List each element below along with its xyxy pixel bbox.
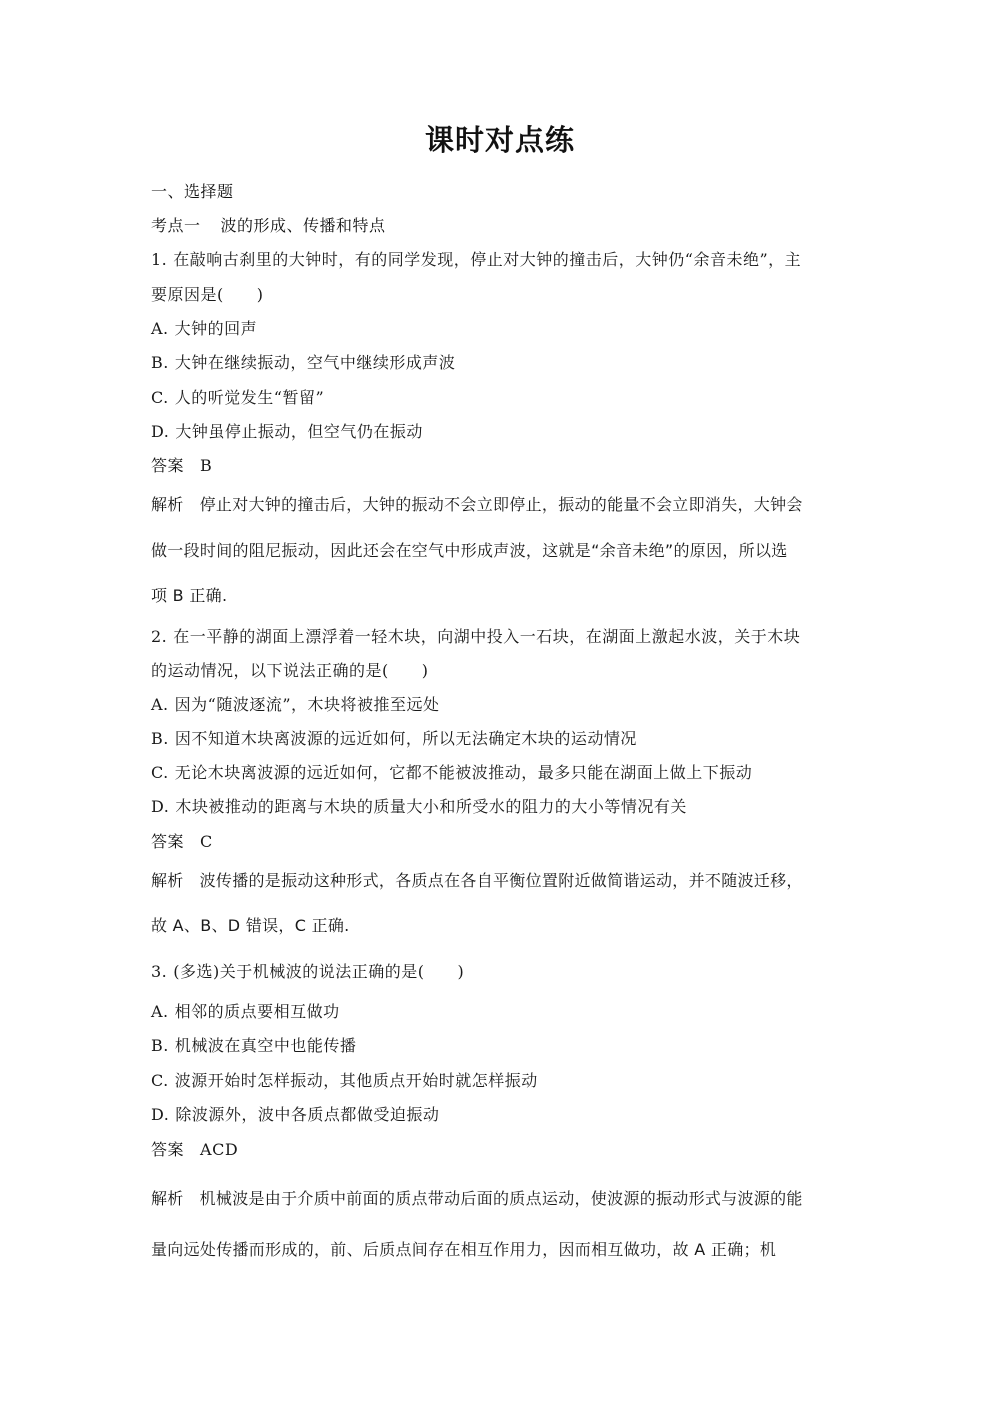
question-3-option-a: A.相邻的质点要相互做功 <box>151 1002 340 1022</box>
option-letter: A. <box>151 1002 169 1021</box>
option-letter: C. <box>151 388 169 407</box>
explanation-label: 解析 <box>151 495 184 514</box>
question-2-option-d: D.木块被推动的距离与木块的质量大小和所受水的阻力的大小等情况有关 <box>151 797 687 817</box>
topic-heading: 考点一波的形成、传播和特点 <box>151 216 386 236</box>
question-stem-text: (多选)关于机械波的说法正确的是( ) <box>173 962 464 981</box>
question-1-answer: 答案B <box>151 456 212 476</box>
explanation-text: 停止对大钟的撞击后，大钟的振动不会立即停止，振动的能量不会立即消失，大钟会 <box>200 495 803 514</box>
question-2-option-b: B.因不知道木块离波源的远近如何，所以无法确定木块的运动情况 <box>151 729 637 749</box>
option-letter: C. <box>151 1071 169 1090</box>
question-1-option-b: B.大钟在继续振动，空气中继续形成声波 <box>151 353 455 373</box>
question-2-explanation-line-2: 故 A、B、D 错误，C 正确. <box>151 916 350 936</box>
option-letter: B. <box>151 353 169 372</box>
option-text: 木块被推动的距离与木块的质量大小和所受水的阻力的大小等情况有关 <box>175 797 687 816</box>
answer-value: B <box>200 456 212 475</box>
option-text: 相邻的质点要相互做功 <box>175 1002 340 1021</box>
question-3-explanation-line-1: 解析机械波是由于介质中前面的质点带动后面的质点运动，使波源的振动形式与波源的能 <box>151 1189 803 1209</box>
question-2-option-a: A.因为“随波逐流”，木块将被推至远处 <box>151 695 440 715</box>
option-text: 因为“随波逐流”，木块将被推至远处 <box>175 695 440 714</box>
option-text: 无论木块离波源的远近如何，它都不能被波推动，最多只能在湖面上做上下振动 <box>175 763 753 782</box>
question-2-answer: 答案C <box>151 832 213 852</box>
topic-label: 考点一 <box>151 216 201 235</box>
answer-value: ACD <box>200 1140 238 1159</box>
question-number: 3. <box>151 962 167 981</box>
option-text: 除波源外，波中各质点都做受迫振动 <box>175 1105 439 1124</box>
option-letter: D. <box>151 797 169 816</box>
option-text: 机械波在真空中也能传播 <box>175 1036 357 1055</box>
section-heading: 一、选择题 <box>151 182 234 202</box>
document-page: 课时对点练 一、选择题 考点一波的形成、传播和特点 1.在敲响古刹里的大钟时，有… <box>0 0 1000 1414</box>
explanation-label: 解析 <box>151 871 184 890</box>
option-text: 大钟在继续振动，空气中继续形成声波 <box>175 353 456 372</box>
option-text: 人的听觉发生“暂留” <box>175 388 324 407</box>
answer-label: 答案 <box>151 456 184 475</box>
explanation-label: 解析 <box>151 1189 184 1208</box>
answer-value: C <box>200 832 213 851</box>
question-3-answer: 答案ACD <box>151 1140 238 1160</box>
explanation-text: 机械波是由于介质中前面的质点带动后面的质点运动，使波源的振动形式与波源的能 <box>200 1189 803 1208</box>
question-2-stem-line-1: 2.在一平静的湖面上漂浮着一轻木块，向湖中投入一石块，在湖面上激起水波，关于木块 <box>151 627 800 647</box>
question-1-stem-line-1: 1.在敲响古刹里的大钟时，有的同学发现，停止对大钟的撞击后，大钟仍“余音未绝”，… <box>151 250 801 270</box>
option-letter: D. <box>151 1105 169 1124</box>
option-text: 大钟的回声 <box>175 319 258 338</box>
option-text: 因不知道木块离波源的远近如何，所以无法确定木块的运动情况 <box>175 729 637 748</box>
question-3-stem-line-1: 3.(多选)关于机械波的说法正确的是( ) <box>151 962 464 982</box>
answer-label: 答案 <box>151 1140 184 1159</box>
question-number: 2. <box>151 627 167 646</box>
question-2-option-c: C.无论木块离波源的远近如何，它都不能被波推动，最多只能在湖面上做上下振动 <box>151 763 752 783</box>
question-1-explanation-line-2: 做一段时间的阻尼振动，因此还会在空气中形成声波，这就是“余音未绝”的原因，所以选 <box>151 541 788 561</box>
question-3-option-d: D.除波源外，波中各质点都做受迫振动 <box>151 1105 439 1125</box>
question-1-option-c: C.人的听觉发生“暂留” <box>151 388 324 408</box>
question-3-option-b: B.机械波在真空中也能传播 <box>151 1036 356 1056</box>
question-3-option-c: C.波源开始时怎样振动，其他质点开始时就怎样振动 <box>151 1071 538 1091</box>
explanation-text: 波传播的是振动这种形式，各质点在各自平衡位置附近做简谐运动，并不随波迁移， <box>200 871 803 890</box>
question-1-stem-line-2: 要原因是( ) <box>151 285 264 305</box>
page-title: 课时对点练 <box>0 122 1000 158</box>
topic-text: 波的形成、传播和特点 <box>221 216 386 235</box>
option-letter: B. <box>151 1036 169 1055</box>
option-letter: A. <box>151 319 169 338</box>
option-text: 波源开始时怎样振动，其他质点开始时就怎样振动 <box>175 1071 538 1090</box>
question-1-option-d: D.大钟虽停止振动，但空气仍在振动 <box>151 422 423 442</box>
option-letter: C. <box>151 763 169 782</box>
option-text: 大钟虽停止振动，但空气仍在振动 <box>175 422 423 441</box>
question-1-option-a: A.大钟的回声 <box>151 319 257 339</box>
question-number: 1. <box>151 250 167 269</box>
option-letter: B. <box>151 729 169 748</box>
question-2-explanation-line-1: 解析波传播的是振动这种形式，各质点在各自平衡位置附近做简谐运动，并不随波迁移， <box>151 871 803 891</box>
question-1-explanation-line-1: 解析停止对大钟的撞击后，大钟的振动不会立即停止，振动的能量不会立即消失，大钟会 <box>151 495 803 515</box>
question-1-explanation-line-3: 项 B 正确. <box>151 586 227 606</box>
question-3-explanation-line-2: 量向远处传播而形成的，前、后质点间存在相互作用力，因而相互做功，故 A 正确；机 <box>151 1240 776 1260</box>
option-letter: A. <box>151 695 169 714</box>
question-stem-text: 在一平静的湖面上漂浮着一轻木块，向湖中投入一石块，在湖面上激起水波，关于木块 <box>173 627 800 646</box>
question-stem-text: 在敲响古刹里的大钟时，有的同学发现，停止对大钟的撞击后，大钟仍“余音未绝”，主 <box>173 250 801 269</box>
option-letter: D. <box>151 422 169 441</box>
answer-label: 答案 <box>151 832 184 851</box>
question-2-stem-line-2: 的运动情况，以下说法正确的是( ) <box>151 661 429 681</box>
